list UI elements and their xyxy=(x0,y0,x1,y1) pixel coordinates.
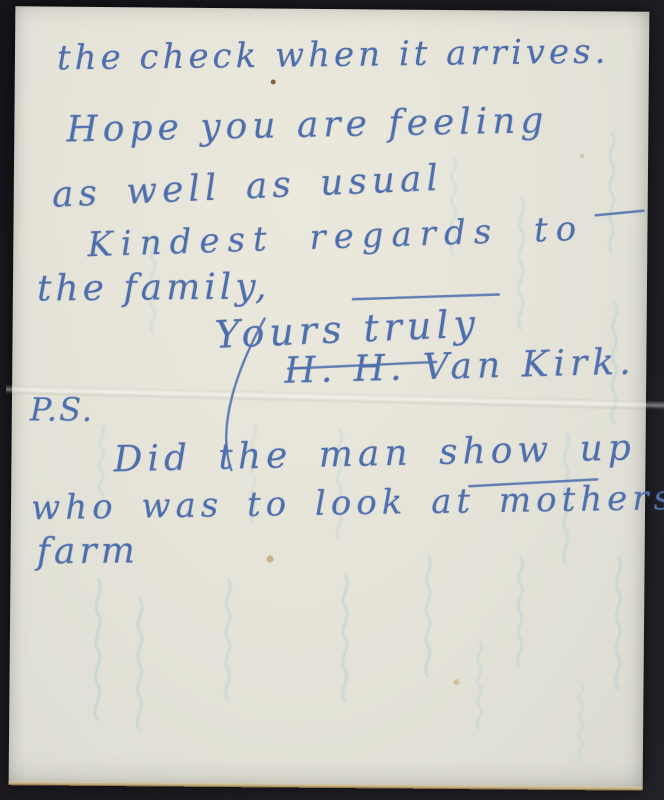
bleedthrough-stroke xyxy=(225,580,230,699)
foxing-spot xyxy=(267,555,274,562)
handwriting-line-3: as well as usual xyxy=(51,158,444,216)
handwriting-line-5: the family, xyxy=(37,266,271,309)
postscript-label: P.S. xyxy=(30,390,95,429)
handwriting-line-2: Hope you are feeling xyxy=(66,100,549,150)
handwriting-line-1: the check when it arrives. xyxy=(57,32,610,79)
handwriting-line-4: Kindest regards to xyxy=(87,209,585,265)
bleedthrough-stroke xyxy=(518,558,523,666)
bleedthrough-stroke xyxy=(342,576,347,700)
signature: H. H. Van Kirk. xyxy=(284,342,636,392)
foxing-spot xyxy=(453,679,459,685)
bleedthrough-stroke xyxy=(609,133,614,252)
foxing-spot xyxy=(580,154,584,158)
postscript-line-3: farm xyxy=(36,530,138,572)
foxing-spot xyxy=(271,79,276,84)
bleedthrough-stroke xyxy=(137,599,142,729)
bleedthrough-stroke xyxy=(95,579,100,719)
to-flourish xyxy=(596,210,644,215)
postscript-line-2: who was to look at mothers xyxy=(31,478,664,528)
pen-dash xyxy=(353,293,499,300)
photo-background: the check when it arrives. Hope you are … xyxy=(0,0,664,800)
bleedthrough-stroke xyxy=(615,559,620,689)
postscript-line-1: Did the man show up xyxy=(113,427,636,480)
bleedthrough-stroke xyxy=(579,683,584,759)
letter-page: the check when it arrives. Hope you are … xyxy=(9,6,650,790)
paper-bottom-edge xyxy=(9,781,643,791)
bleedthrough-stroke xyxy=(426,557,431,676)
bleedthrough-stroke xyxy=(477,642,482,728)
